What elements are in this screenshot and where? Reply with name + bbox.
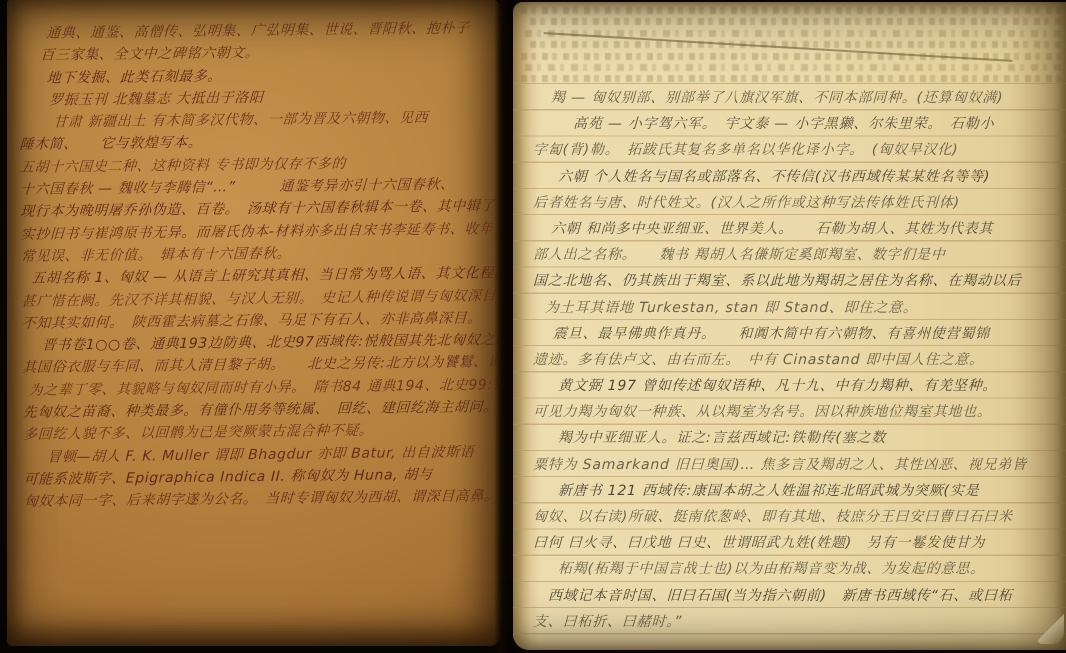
page-corner-curl xyxy=(1038,614,1064,644)
handwritten-line: 羯 — 匈奴别部、别部举了八旗汉军旗、不同本部同种。(还算匈奴满) xyxy=(533,85,1065,111)
handwritten-line: 六朝 个人姓名与国名或部落名、不传信(汉书西域传某某姓名等等) xyxy=(533,164,1065,190)
handwritten-line: 柘羯(柘羯于中国言战士也)以为由柘羯音变为战、为发起的意思。 xyxy=(533,556,1065,582)
right-page: 羯 — 匈奴别部、别部举了八旗汉军旗、不同本部同种。(还算匈奴满)高苑 — 小字… xyxy=(513,2,1066,650)
notebook-photo: 通典、通鉴、高僧传、弘明集、广弘明集、世说、晋阳秋、抱朴子百三家集、全文中之碑铭… xyxy=(0,0,1066,653)
handwritten-line: 六朝 和尚多中央亚细亚、世界美人。 石勒为胡人、其姓为代表其 xyxy=(533,216,1065,242)
handwritten-line: 遗迹。多有佉卢文、由右而左。 中有 Cinastand 即中国人住之意。 xyxy=(533,347,1065,373)
handwritten-line: 西域记本音时国、旧曰石国(当为指六朝前) 新唐书西域传“石、或曰柘 xyxy=(533,583,1065,609)
handwritten-line: 后者姓名与唐、时代姓文。(汉人之所作或这种写法传体姓氏刊体) xyxy=(533,190,1065,216)
bleedthrough-row xyxy=(521,75,1062,82)
left-page: 通典、通鉴、高僧传、弘明集、广弘明集、世说、晋阳秋、抱朴子百三家集、全文中之碑铭… xyxy=(7,0,501,646)
handwritten-line: 字匐(背)勒。 拓跋氏其复名多单名以华化译小字。 (匈奴早汉化) xyxy=(533,137,1065,163)
handwritten-line: 支、曰柘折、曰赭时。” xyxy=(533,609,1065,635)
handwritten-line: 黄文弼 197 曾如传述匈奴语种、凡十九、中有力羯种、有羌坚种。 xyxy=(533,373,1065,399)
handwritten-line: 国之北地名、仍其族出于羯室、系以此地为羯胡之居住为名称、在羯动以后 xyxy=(533,268,1065,294)
handwritten-line: 羯为中亚细亚人。证之:言兹西域记:铁勒传(塞之数 xyxy=(533,425,1065,451)
bleedthrough-row xyxy=(530,18,1062,25)
handwritten-line: 曰何 曰火寻、曰戊地 曰史、世谓昭武九姓(姓题) 另有一鬈发使甘为 xyxy=(533,530,1065,556)
handwritten-line: 部人出之名称。 魏书 羯胡人名傔斯定奚郎羯室、数字们是中 xyxy=(533,242,1065,268)
handwritten-line: 新唐书 121 西域传:康国本胡之人姓温祁连北昭武城为突厥(实是 xyxy=(533,478,1065,504)
left-page-handwriting: 通典、通鉴、高僧传、弘明集、广弘明集、世说、晋阳秋、抱朴子百三家集、全文中之碑铭… xyxy=(18,17,500,513)
bleedthrough-row xyxy=(521,7,1062,14)
handwritten-line: 粟特为 Samarkand 旧曰奥国)… 焦多言及羯胡之人、其性凶恶、视兄弟皆 xyxy=(533,452,1065,478)
handwritten-line: 匈奴、以右读)所破、挺南依葱岭、即有其地、枝庶分王曰安曰曹曰石曰米 xyxy=(533,504,1065,530)
bleedthrough-row xyxy=(525,64,1062,71)
handwritten-line: 为土耳其语地 Turkestan, stan 即 Stand、即住之意。 xyxy=(533,295,1065,321)
handwritten-line: 震旦、最早佛典作真丹。 和阗木简中有六朝物、有喜州使营蜀锦 xyxy=(533,321,1065,347)
handwritten-line: 可见力羯为匈奴一种族、从以羯室为名号。因以种族地位羯室其地也。 xyxy=(533,399,1065,425)
handwritten-line: 匈奴本同一字、后来胡字遂为公名。 当时专谓匈奴为西胡、谓深目高鼻。 xyxy=(23,485,500,513)
handwritten-line: 高苑 — 小字驾六军。 宇文泰 — 小字黑獭、尔朱里荣。 石勒小 xyxy=(533,111,1065,137)
right-page-handwriting: 羯 — 匈奴别部、别部举了八旗汉军旗、不同本部同种。(还算匈奴满)高苑 — 小字… xyxy=(533,85,1064,635)
